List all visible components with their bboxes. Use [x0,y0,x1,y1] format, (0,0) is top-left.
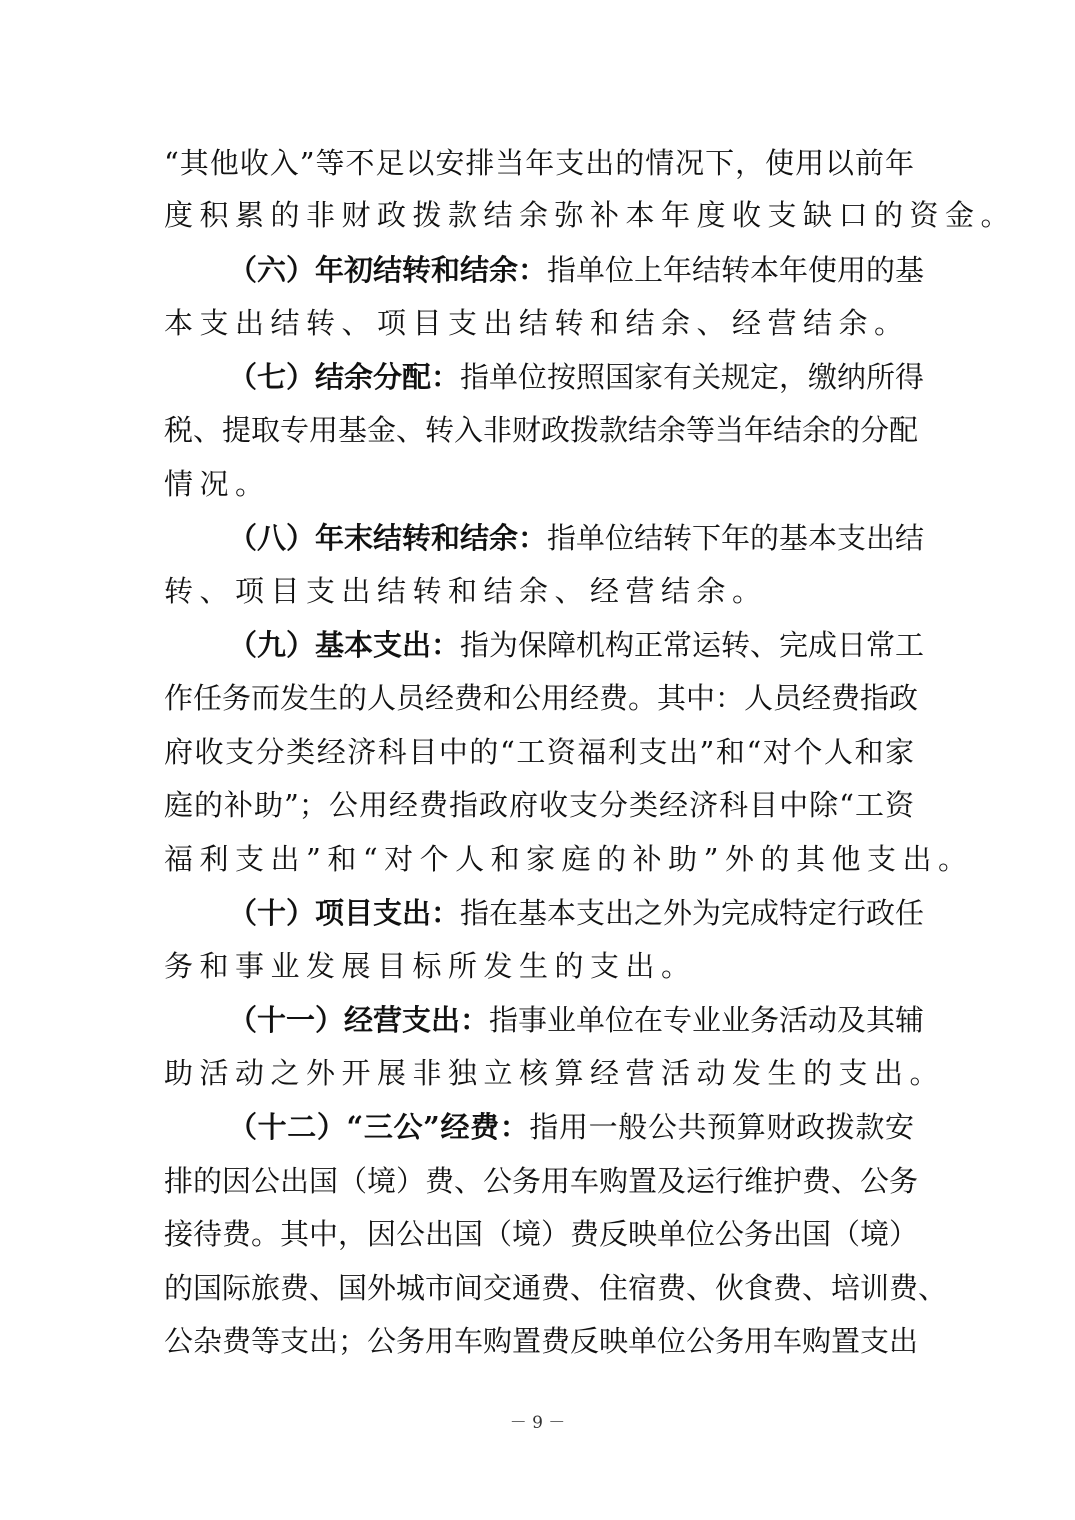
paragraph-line: 助活动之外开展非独立核算经营活动发生的支出。 [164,1048,914,1098]
section-6-heading-line: （六）年初结转和结余：指单位上年结转本年使用的基 [228,245,914,295]
section-6-label: （六）年初结转和结余： [228,253,547,287]
paragraph-line: 排的因公出国（境）费、公务用车购置及运行维护费、公务 [164,1156,914,1206]
line-text: 的国际旅费、国外城市间交通费、住宿费、伙食费、培训费、 [164,1271,947,1305]
line-text: 排的因公出国（境）费、公务用车购置及运行维护费、公务 [164,1164,918,1198]
line-text: 指在基本支出之外为完成特定行政任 [460,896,924,930]
line-text: 度积累的非财政拨款结余弥补本年度收支缺口的资金。 [164,198,1016,232]
section-7-label: （七）结余分配： [228,360,460,394]
section-9-label: （九）基本支出： [228,628,460,662]
line-text: 福利支出”和“对个人和家庭的补助”外的其他支出。 [164,842,973,876]
paragraph-line: 情况。 [164,459,914,509]
paragraph-line: 度积累的非财政拨款结余弥补本年度收支缺口的资金。 [164,190,914,240]
section-10-heading-line: （十）项目支出：指在基本支出之外为完成特定行政任 [228,888,914,938]
section-7-heading-line: （七）结余分配：指单位按照国家有关规定，缴纳所得 [228,352,914,402]
paragraph-line: “其他收入”等不足以安排当年支出的情况下，使用以前年 [164,138,914,188]
line-text: 指用一般公共预算财政拨款安 [529,1110,914,1144]
section-11-label: （十一）经营支出： [228,1003,489,1037]
document-page: “其他收入”等不足以安排当年支出的情况下，使用以前年 度积累的非财政拨款结余弥补… [0,0,1075,1520]
paragraph-line: 务和事业发展目标所发生的支出。 [164,941,914,991]
line-text: 税、提取专用基金、转入非财政拨款结余等当年结余的分配 [164,413,918,447]
line-text: 情况。 [164,467,271,501]
section-11-heading-line: （十一）经营支出：指事业单位在专业业务活动及其辅 [228,995,914,1045]
line-text: 公杂费等支出；公务用车购置费反映单位公务用车购置支出 [164,1324,918,1358]
paragraph-line: 公杂费等支出；公务用车购置费反映单位公务用车购置支出 [164,1316,914,1366]
line-text: 庭的补助”；公用经费指政府收支分类经济科目中除“工资 [164,788,914,822]
line-text: “其他收入”等不足以安排当年支出的情况下，使用以前年 [164,146,914,180]
line-text: 作任务而发生的人员经费和公用经费。其中：人员经费指政 [164,681,918,715]
section-12-heading-line: （十二）“三公”经费：指用一般公共预算财政拨款安 [228,1102,914,1152]
line-text: 接待费。其中，因公出国（境）费反映单位公务出国（境） [164,1217,918,1251]
section-9-heading-line: （九）基本支出：指为保障机构正常运转、完成日常工 [228,620,914,670]
line-text: 指单位按照国家有关规定，缴纳所得 [460,360,924,394]
line-text: 本支出结转、项目支出结转和结余、经营结余。 [164,306,910,340]
section-8-heading-line: （八）年末结转和结余：指单位结转下年的基本支出结 [228,513,914,563]
line-text: 指单位结转下年的基本支出结 [547,521,924,555]
paragraph-line: 作任务而发生的人员经费和公用经费。其中：人员经费指政 [164,673,914,723]
paragraph-line: 福利支出”和“对个人和家庭的补助”外的其他支出。 [164,834,914,884]
page-number: － 9 － [0,1408,1075,1433]
section-8-label: （八）年末结转和结余： [228,521,547,555]
line-text: 府收支分类经济科目中的“工资福利支出”和“对个人和家 [164,735,914,769]
section-10-label: （十）项目支出： [228,896,460,930]
line-text: 指为保障机构正常运转、完成日常工 [460,628,924,662]
paragraph-line: 的国际旅费、国外城市间交通费、住宿费、伙食费、培训费、 [164,1263,914,1313]
line-text: 指单位上年结转本年使用的基 [547,253,924,287]
paragraph-line: 接待费。其中，因公出国（境）费反映单位公务出国（境） [164,1209,914,1259]
paragraph-line: 本支出结转、项目支出结转和结余、经营结余。 [164,298,914,348]
section-12-label: （十二）“三公”经费： [228,1110,529,1144]
line-text: 转、项目支出结转和结余、经营结余。 [164,574,768,608]
line-text: 助活动之外开展非独立核算经营活动发生的支出。 [164,1056,945,1090]
paragraph-line: 转、项目支出结转和结余、经营结余。 [164,566,914,616]
line-text: 指事业单位在专业业务活动及其辅 [489,1003,924,1037]
line-text: 务和事业发展目标所发生的支出。 [164,949,697,983]
paragraph-line: 税、提取专用基金、转入非财政拨款结余等当年结余的分配 [164,405,914,455]
paragraph-line: 府收支分类经济科目中的“工资福利支出”和“对个人和家 [164,727,914,777]
paragraph-line: 庭的补助”；公用经费指政府收支分类经济科目中除“工资 [164,780,914,830]
